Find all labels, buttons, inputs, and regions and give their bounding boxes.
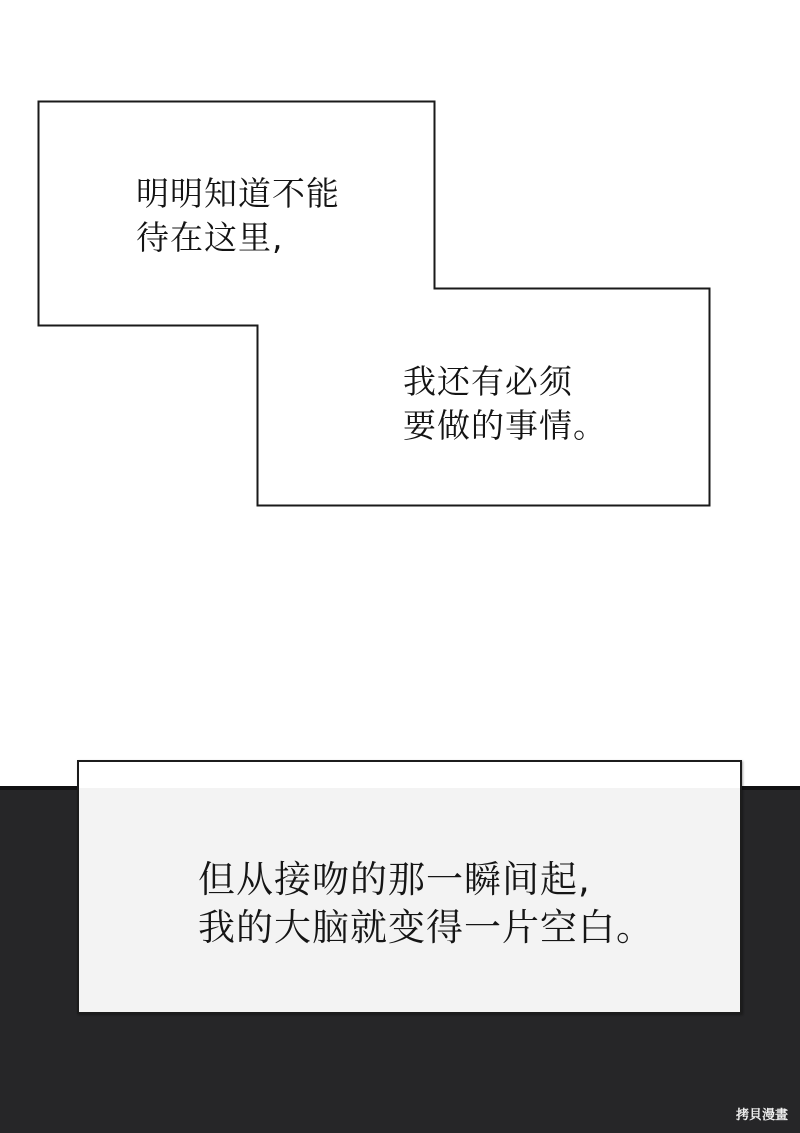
stepped-narration-frame	[0, 0, 800, 520]
bottom-narration-box: 但从接吻的那一瞬间起, 我的大脑就变得一片空白。	[77, 760, 742, 1014]
caption-bottom: 但从接吻的那一瞬间起, 我的大脑就变得一片空白。	[198, 856, 654, 952]
caption-upper-left: 明明知道不能 待在这里,	[136, 172, 340, 260]
caption-lower-right: 我还有必须 要做的事情。	[403, 360, 607, 448]
watermark-label: 拷貝漫畫	[736, 1104, 788, 1123]
